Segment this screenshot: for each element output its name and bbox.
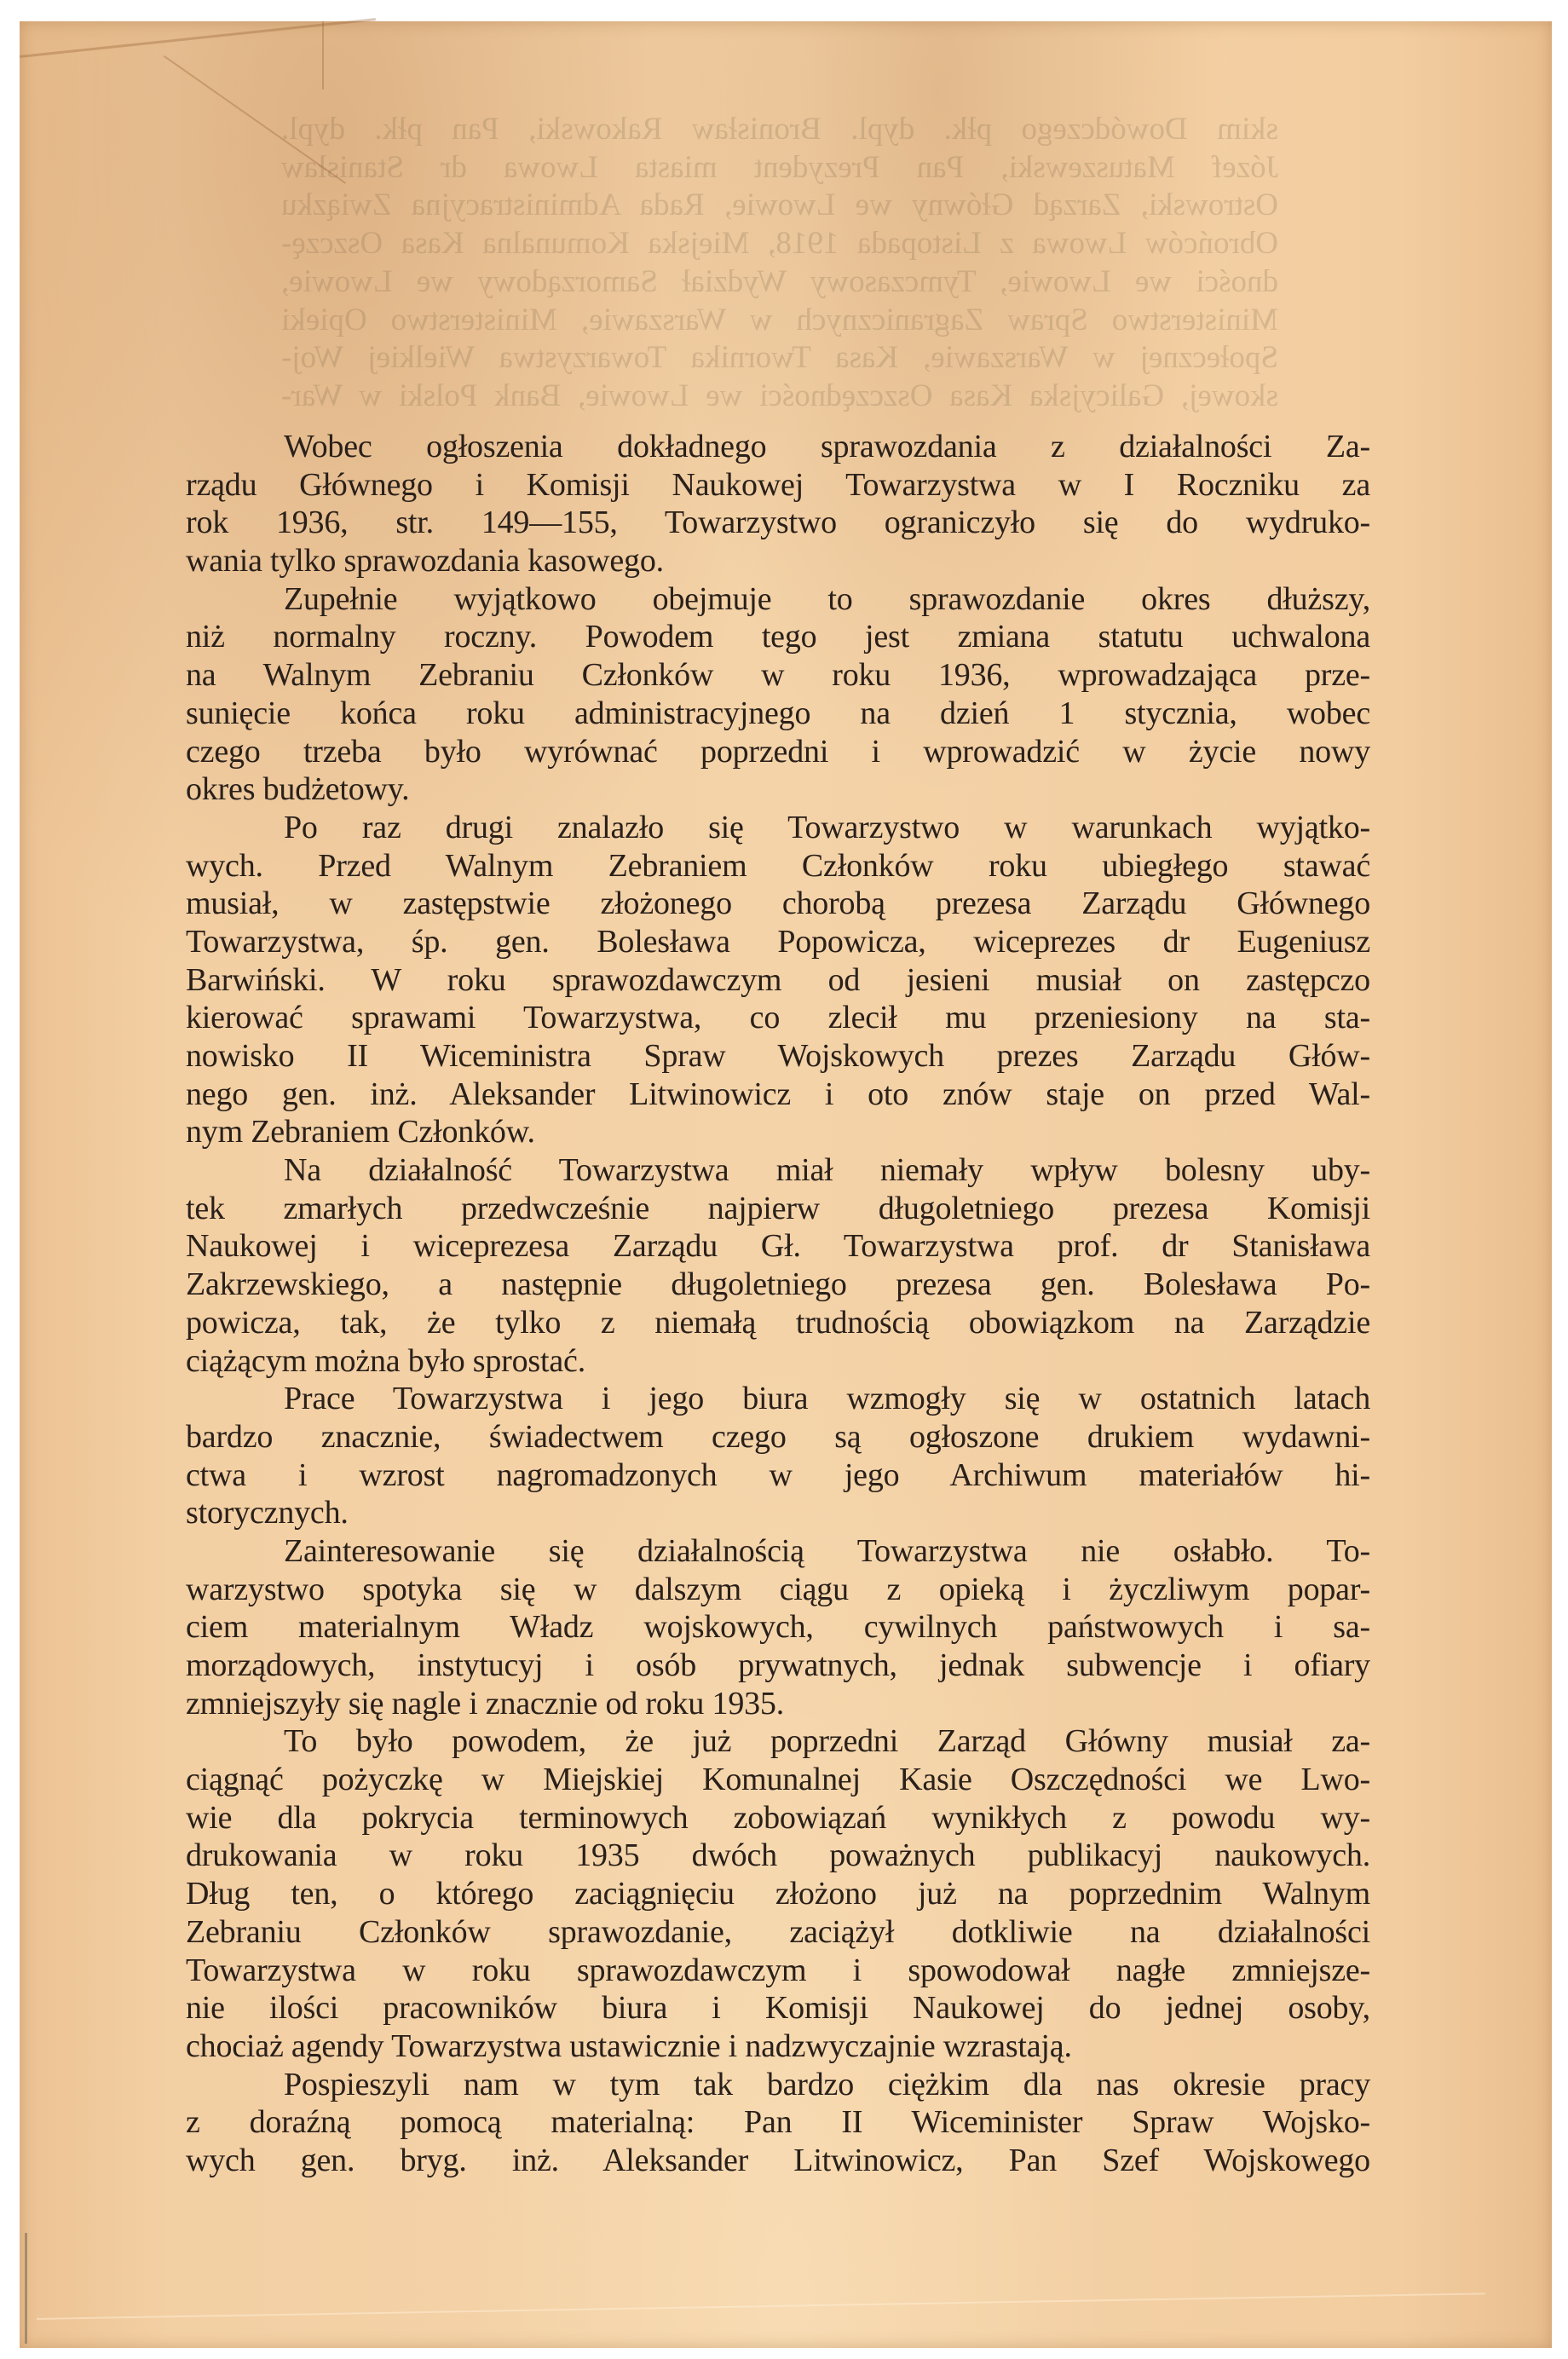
paragraph: Prace Towarzystwa i jego biura wzmogły s… <box>186 1380 1370 1532</box>
text-line: nego gen. inż. Aleksander Litwinowicz i … <box>186 1076 1370 1114</box>
text-line: na Walnym Zebraniu Członków w roku 1936,… <box>186 656 1370 695</box>
reverse-side-showthrough: skim Dowódczego płk. dypl. Bronisław Rak… <box>281 111 1278 416</box>
paragraph: Zupełnie wyjątkowo obejmuje to sprawozda… <box>186 580 1370 809</box>
document-body: Wobec ogłoszenia dokładnego sprawozdania… <box>186 428 1370 2180</box>
text-line: tek zmarłych przedwcześnie najpierw dług… <box>186 1190 1370 1228</box>
text-line: morządowych, instytucyj i osób prywatnyc… <box>186 1647 1370 1685</box>
text-line: Naukowej i wiceprezesa Zarządu Gł. Towar… <box>186 1227 1370 1266</box>
text-line: Pospieszyli nam w tym tak bardzo ciężkim… <box>186 2066 1370 2104</box>
paragraph: Na działalność Towarzystwa miał niemały … <box>186 1151 1370 1380</box>
text-line: To było powodem, że już poprzedni Zarząd… <box>186 1722 1370 1761</box>
text-line: Zainteresowanie się działalnością Towarz… <box>186 1532 1370 1571</box>
text-line: Zebraniu Członków sprawozdanie, zaciążył… <box>186 1913 1370 1952</box>
text-line: niż normalny roczny. Powodem tego jest z… <box>186 618 1370 656</box>
text-line: kierować sprawami Towarzystwa, co zlecił… <box>186 999 1370 1037</box>
paragraph: To było powodem, że już poprzedni Zarząd… <box>186 1722 1370 2065</box>
text-line: ciem materialnym Władz wojskowych, cywil… <box>186 1608 1370 1647</box>
text-line: Zakrzewskiego, a następnie długoletniego… <box>186 1266 1370 1304</box>
text-line: wych gen. bryg. inż. Aleksander Litwinow… <box>186 2142 1370 2180</box>
text-line: okres budżetowy. <box>186 770 1370 809</box>
text-line: zmniejszyły się nagle i znacznie od roku… <box>186 1685 1370 1723</box>
text-line: Barwiński. W roku sprawozdawczym od jesi… <box>186 961 1370 1000</box>
text-line: musiał, w zastępstwie złożonego chorobą … <box>186 885 1370 923</box>
text-line: drukowania w roku 1935 dwóch poważnych p… <box>186 1837 1370 1875</box>
text-line: czego trzeba było wyrównać poprzedni i w… <box>186 733 1370 771</box>
text-line: nie ilości pracowników biura i Komisji N… <box>186 1989 1370 2027</box>
text-line: sunięcie końca roku administracyjnego na… <box>186 695 1370 733</box>
text-line: chociaż agendy Towarzystwa ustawicznie i… <box>186 2027 1370 2066</box>
text-line: Wobec ogłoszenia dokładnego sprawozdania… <box>186 428 1370 466</box>
text-line: Po raz drugi znalazło się Towarzystwo w … <box>186 809 1370 847</box>
text-line: Towarzystwa, śp. gen. Bolesława Popowicz… <box>186 923 1370 961</box>
paragraph: Po raz drugi znalazło się Towarzystwo w … <box>186 809 1370 1151</box>
paper-tear <box>322 21 324 89</box>
text-line: wych. Przed Walnym Zebraniem Członków ro… <box>186 847 1370 885</box>
text-line: ctwa i wzrost nagromadzonych w jego Arch… <box>186 1456 1370 1495</box>
text-line: powicza, tak, że tylko z niemałą trudnoś… <box>186 1304 1370 1342</box>
paragraph: Pospieszyli nam w tym tak bardzo ciężkim… <box>186 2066 1370 2180</box>
paper-crease <box>37 2293 1485 2320</box>
paper-fold-mark <box>25 2233 27 2344</box>
text-line: storycznych. <box>186 1494 1370 1532</box>
text-line: wie dla pokrycia terminowych zobowiązań … <box>186 1799 1370 1837</box>
text-line: Zupełnie wyjątkowo obejmuje to sprawozda… <box>186 580 1370 619</box>
paragraph: Zainteresowanie się działalnością Towarz… <box>186 1532 1370 1722</box>
text-line: ciążącym można było sprostać. <box>186 1342 1370 1381</box>
text-line: Towarzystwa w roku sprawozdawczym i spow… <box>186 1952 1370 1990</box>
text-line: warzystwo spotyka się w dalszym ciągu z … <box>186 1571 1370 1609</box>
text-line: rządu Głównego i Komisji Naukowej Towarz… <box>186 466 1370 505</box>
paragraph: Wobec ogłoszenia dokładnego sprawozdania… <box>186 428 1370 580</box>
text-line: ciągnąć pożyczkę w Miejskiej Komunalnej … <box>186 1761 1370 1799</box>
text-line: Na działalność Towarzystwa miał niemały … <box>186 1151 1370 1190</box>
text-line: z doraźną pomocą materialną: Pan II Wice… <box>186 2103 1370 2142</box>
text-line: bardzo znacznie, świadectwem czego są og… <box>186 1418 1370 1456</box>
text-line: rok 1936, str. 149—155, Towarzystwo ogra… <box>186 504 1370 542</box>
text-line: wania tylko sprawozdania kasowego. <box>186 542 1370 580</box>
text-line: Prace Towarzystwa i jego biura wzmogły s… <box>186 1380 1370 1418</box>
text-line: nowisko II Wiceministra Spraw Wojskowych… <box>186 1037 1370 1076</box>
text-line: nym Zebraniem Członków. <box>186 1113 1370 1151</box>
text-line: Dług ten, o którego zaciągnięciu złożono… <box>186 1875 1370 1913</box>
